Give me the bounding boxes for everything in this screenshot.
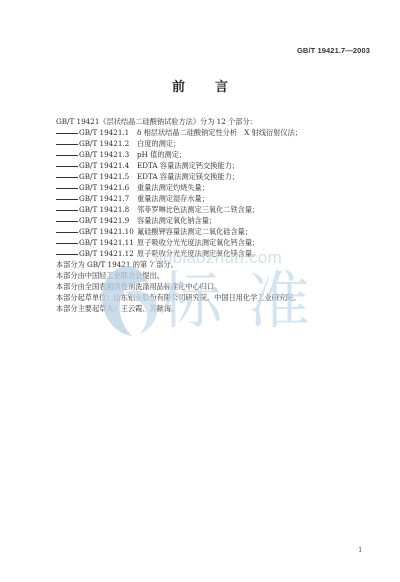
part-list-item: GB/T 19421.8邻菲罗啉比色法测定三氧化二铁含量；	[56, 204, 386, 215]
part-title: 重量法测定湿存水量；	[137, 193, 209, 204]
em-dash	[56, 199, 78, 200]
part-list-item: GB/T 19421.11原子吸收分光光度法测定氧化钙含量；	[56, 237, 386, 248]
part-title: 氟硅酸钾容量法测定二氧化硅含量；	[137, 226, 252, 237]
intro-line: GB/T 19421《层状结晶二硅酸钠试验方法》分为 12 个部分：	[56, 116, 386, 127]
page-title: 前言	[0, 76, 400, 95]
standard-code: GB/T 19421.7—2003	[297, 46, 370, 55]
part-title: EDTA 容量法测定钙交换能力；	[137, 160, 239, 171]
page-number: 1	[358, 546, 362, 554]
em-dash	[56, 221, 78, 222]
watermark-text: 标准	[160, 266, 336, 336]
em-dash	[56, 210, 78, 211]
title-char-1: 前	[172, 76, 185, 95]
watermark-logo-icon	[96, 262, 164, 340]
part-code: GB/T 19421.11	[79, 237, 137, 248]
em-dash	[56, 232, 78, 233]
em-dash	[56, 133, 78, 134]
part-code: GB/T 19421.5	[79, 171, 137, 182]
title-char-2: 言	[215, 76, 228, 95]
em-dash	[56, 177, 78, 178]
part-title: pH 值的测定；	[137, 149, 186, 160]
em-dash	[56, 254, 78, 255]
part-title: EDTA 容量法测定镁交换能力；	[137, 171, 239, 182]
part-title: 原子吸收分光光度法测定氧化钙含量；	[137, 237, 259, 248]
part-list-item: GB/T 19421.4EDTA 容量法测定钙交换能力；	[56, 160, 386, 171]
part-title: 邻菲罗啉比色法测定三氧化二铁含量；	[137, 204, 259, 215]
part-code: GB/T 19421.2	[79, 138, 137, 149]
part-list-item: GB/T 19421.10氟硅酸钾容量法测定二氧化硅含量；	[56, 226, 386, 237]
part-code: GB/T 19421.12	[79, 248, 137, 259]
part-code: GB/T 19421.4	[79, 160, 137, 171]
part-list-item: GB/T 19421.1δ 相层状结晶二硅酸钠定性分析 X 射线衍射仪法；	[56, 127, 386, 138]
part-list-item: GB/T 19421.3pH 值的测定；	[56, 149, 386, 160]
part-code: GB/T 19421.8	[79, 204, 137, 215]
part-list-item: GB/T 19421.9容量法测定氧化钠含量；	[56, 215, 386, 226]
document-page: GB/T 19421.7—2003 前言 GB/T 19421《层状结晶二硅酸钠…	[0, 0, 400, 582]
part-list-item: GB/T 19421.5EDTA 容量法测定镁交换能力；	[56, 171, 386, 182]
part-title: 容量法测定氧化钠含量；	[137, 215, 216, 226]
part-code: GB/T 19421.1	[79, 127, 137, 138]
part-code: GB/T 19421.9	[79, 215, 137, 226]
part-code: GB/T 19421.10	[79, 226, 137, 237]
em-dash	[56, 144, 78, 145]
part-title: 重量法测定灼烧失量；	[137, 182, 209, 193]
part-code: GB/T 19421.7	[79, 193, 137, 204]
em-dash	[56, 166, 78, 167]
em-dash	[56, 188, 78, 189]
part-title: 白度的测定；	[137, 138, 180, 149]
part-title: δ 相层状结晶二硅酸钠定性分析 X 射线衍射仪法；	[137, 127, 302, 138]
em-dash	[56, 155, 78, 156]
part-list-item: GB/T 19421.2白度的测定；	[56, 138, 386, 149]
part-code: GB/T 19421.3	[79, 149, 137, 160]
part-list-item: GB/T 19421.7重量法测定湿存水量；	[56, 193, 386, 204]
em-dash	[56, 243, 78, 244]
part-list-item: GB/T 19421.6重量法测定灼烧失量；	[56, 182, 386, 193]
part-code: GB/T 19421.6	[79, 182, 137, 193]
